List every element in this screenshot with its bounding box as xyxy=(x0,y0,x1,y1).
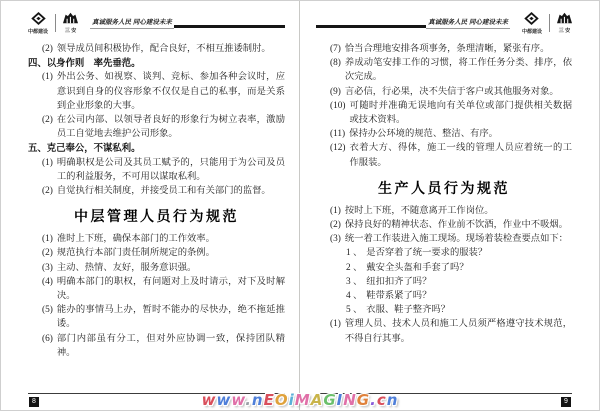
item-text: 明确职权是公司及其员工赋予的，只能用于为公司及员工的利益服务，不可用以谋取私利。 xyxy=(57,156,285,184)
item-text: 规范执行本部门责任制所规定的条例。 xyxy=(57,246,285,260)
item-number: 3 、 xyxy=(346,275,366,289)
item-number: 2 、 xyxy=(346,261,366,275)
list-item: (1)管理人员、技术人员和施工人员须严格遵守技术规范，不得自行其事。 xyxy=(330,317,572,345)
sub-list-item: 3 、纽扣扣齐了吗？ xyxy=(346,275,572,289)
mountain-logo-icon xyxy=(557,12,572,28)
watermark-letter: I xyxy=(337,391,344,409)
item-number: (8) xyxy=(330,56,345,84)
item-text: 管理人员、技术人员和施工人员须严格遵守技术规范，不得自行其事。 xyxy=(345,317,572,345)
list-item: (1)外出公务、如视察、谈判、竞标、参加各种会议时，应意识到自身的仪容形象不仅仅… xyxy=(42,70,285,113)
item-text: 外出公务、如视察、谈判、竞标、参加各种会议时，应意识到自身的仪容形象不仅仅是自己… xyxy=(57,70,285,113)
list-item: (1)按时上下班，不随意离开工作岗位。 xyxy=(330,204,572,218)
sub-list-item: 5 、衣服、鞋子整齐吗？ xyxy=(346,303,572,317)
sub-list-item: 4 、鞋带系紧了吗？ xyxy=(346,289,572,303)
mountain-logo-icon xyxy=(63,12,78,28)
page-body-right: (7)恰当合理地安排各项事务，条理清晰，紧张有序。(8)养成动笔安排工作的习惯，… xyxy=(316,42,572,346)
watermark-letter: n xyxy=(387,391,399,409)
item-text: 纽扣扣齐了吗？ xyxy=(366,275,572,289)
watermark-letter: O xyxy=(275,391,289,409)
item-number: (2) xyxy=(42,113,57,141)
item-number: (1) xyxy=(42,156,57,184)
item-number: (1) xyxy=(330,204,345,218)
item-number: (3) xyxy=(330,232,345,246)
list-item: (6)部门内部虽有分工，但对外应协调一致，保持团队精神。 xyxy=(42,332,285,360)
watermark-letter: w xyxy=(231,391,245,409)
item-number: (1) xyxy=(42,70,57,113)
item-number: (2) xyxy=(42,246,57,260)
list-item: (9)言必信，行必果，决不失信于客户或其他服务对象。 xyxy=(330,85,572,99)
page-header-left: 中都建设 三 安 真诚服务人民 同心建设未来 xyxy=(28,9,285,37)
company-logo-1: 中都建设 xyxy=(28,12,48,35)
item-text: 养成动笔安排工作的习惯，将工作任务分类、排序，依次完成。 xyxy=(345,56,572,84)
header-slogan: 真诚服务人民 同心建设未来 xyxy=(426,17,510,29)
item-text: 自觉执行相关制度，并接受员工和有关部门的监督。 xyxy=(57,184,285,198)
watermark-letter: w xyxy=(216,391,231,409)
diamond-gem-logo-icon xyxy=(524,12,539,29)
list-item: (2)自觉执行相关制度，并接受员工和有关部门的监督。 xyxy=(42,184,285,198)
logo-group: 中都建设 三 安 xyxy=(522,12,572,35)
list-item: (7)恰当合理地安排各项事务，条理清晰，紧张有序。 xyxy=(330,42,572,56)
list-item: (1)明确职权是公司及其员工赋予的，只能用于为公司及员工的利益服务，不可用以谋取… xyxy=(42,156,285,184)
item-text: 部门内部虽有分工，但对外应协调一致，保持团队精神。 xyxy=(57,332,285,360)
page-heading: 中层管理人员行为规范 xyxy=(28,207,285,225)
item-number: (1) xyxy=(330,317,345,345)
section-title: 四、以身作则 率先垂范。 xyxy=(28,56,285,70)
logo1-caption: 中都建设 xyxy=(522,30,542,35)
list-item: (8)养成动笔安排工作的习惯，将工作任务分类、排序，依次完成。 xyxy=(330,56,572,84)
item-text: 主动、热情、友好，服务意识强。 xyxy=(57,261,285,275)
watermark-letter: c xyxy=(377,391,387,409)
list-item: (5)能办的事情马上办，暂时不能办的尽快办，绝不拖延推诿。 xyxy=(42,303,285,331)
list-item: (2)规范执行本部门责任制所规定的条例。 xyxy=(42,246,285,260)
logo2-caption: 三 安 xyxy=(65,29,76,34)
item-text: 在公司内部、以领导者良好的形象行为树立表率，激励员工自觉地去维护公司形象。 xyxy=(57,113,285,141)
item-text: 可随时并准确无误地向有关单位或部门提供相关数据或技术资料。 xyxy=(350,99,573,127)
item-number: (11) xyxy=(330,127,349,141)
item-text: 能办的事情马上办，暂时不能办的尽快办，绝不拖延推诿。 xyxy=(57,303,285,331)
item-text: 言必信，行必果，决不失信于客户或其他服务对象。 xyxy=(345,85,572,99)
list-item: (12)衣着大方、得体，施工一线的管理人员应着统一的工作服装。 xyxy=(330,141,572,169)
company-logo-1: 中都建设 xyxy=(522,12,542,35)
item-number: (4) xyxy=(42,275,57,303)
item-number: 1 、 xyxy=(346,246,366,260)
item-number: 4 、 xyxy=(346,289,366,303)
logo-divider xyxy=(55,14,56,32)
page-heading: 生产人员行为规范 xyxy=(316,179,572,197)
item-text: 衣着大方、得体，施工一线的管理人员应着统一的工作服装。 xyxy=(350,141,573,169)
item-number: (3) xyxy=(42,261,57,275)
page-body-left: (2)领导成员间积极协作，配合良好，不相互推诿制肘。四、以身作则 率先垂范。(1… xyxy=(28,42,285,360)
item-number: (7) xyxy=(330,42,345,56)
list-item: (10)可随时并准确无误地向有关单位或部门提供相关数据或技术资料。 xyxy=(330,99,572,127)
item-number: (2) xyxy=(42,184,57,198)
item-text: 统一着工作装进入施工现场。现场着装检查要点如下： xyxy=(345,232,572,246)
page-left: 中都建设 三 安 真诚服务人民 同心建设未来 (2)领导成员间积极协作，配合良好… xyxy=(1,1,300,410)
watermark-letter: G xyxy=(357,391,370,409)
header-rule-right: 真诚服务人民 同心建设未来 xyxy=(316,17,510,29)
item-text: 领导成员间积极协作，配合良好，不相互推诿制肘。 xyxy=(57,42,285,56)
list-item: (11)保持办公环境的规范、整洁、有序。 xyxy=(330,127,572,141)
item-number: (12) xyxy=(330,141,350,169)
list-item: (1)准时上下班，确保本部门的工作效率。 xyxy=(42,232,285,246)
company-logo-2: 三 安 xyxy=(557,12,572,34)
watermark: www.nEOiMAGING.cn xyxy=(202,391,399,409)
item-number: (1) xyxy=(42,232,57,246)
logo1-caption: 中都建设 xyxy=(28,30,48,35)
item-text: 恰当合理地安排各项事务，条理清晰，紧张有序。 xyxy=(345,42,572,56)
watermark-letter: N xyxy=(343,391,357,409)
item-number: (10) xyxy=(330,99,350,127)
watermark-letter: w xyxy=(202,391,217,409)
header-rule-left: 真诚服务人民 同心建设未来 xyxy=(90,17,285,29)
sub-list-item: 1 、是否穿着了统一要求的服装？ xyxy=(346,246,572,260)
item-number: (6) xyxy=(42,332,57,360)
watermark-letter: n xyxy=(252,391,264,409)
list-item: (2)保持良好的精神状态、作业前不饮酒，作业中不吸烟。 xyxy=(330,218,572,232)
list-item: (4)明确本部门的职权，有问题对上及时请示，对下及时解决。 xyxy=(42,275,285,303)
page-number: 9 xyxy=(561,397,571,407)
logo-group: 中都建设 三 安 xyxy=(28,12,78,35)
item-text: 准时上下班，确保本部门的工作效率。 xyxy=(57,232,285,246)
list-item: (3)统一着工作装进入施工现场。现场着装检查要点如下： xyxy=(330,232,572,246)
item-text: 衣服、鞋子整齐吗？ xyxy=(366,303,572,317)
watermark-letter: E xyxy=(264,391,275,409)
item-number: (9) xyxy=(330,85,345,99)
item-number: (2) xyxy=(330,218,345,232)
sub-list-item: 2 、戴安全头盔和手套了吗？ xyxy=(346,261,572,275)
item-text: 明确本部门的职权，有问题对上及时请示，对下及时解决。 xyxy=(57,275,285,303)
watermark-letter: G xyxy=(323,391,336,409)
item-text: 鞋带系紧了吗？ xyxy=(366,289,572,303)
page-right: 真诚服务人民 同心建设未来 中都建设 三 安 (7)恰当合理地安排 xyxy=(300,1,599,410)
logo-divider xyxy=(549,14,550,32)
item-text: 保持良好的精神状态、作业前不饮酒，作业中不吸烟。 xyxy=(345,218,572,232)
item-text: 保持办公环境的规范、整洁、有序。 xyxy=(349,127,572,141)
booklet-spread: 中都建设 三 安 真诚服务人民 同心建设未来 (2)领导成员间积极协作，配合良好… xyxy=(0,0,600,411)
page-number: 8 xyxy=(29,397,39,407)
header-bar xyxy=(174,25,285,28)
item-text: 是否穿着了统一要求的服装？ xyxy=(366,246,572,260)
item-number: 5 、 xyxy=(346,303,366,317)
page-header-right: 真诚服务人民 同心建设未来 中都建设 三 安 xyxy=(316,9,572,37)
list-item: (2)领导成员间积极协作，配合良好，不相互推诿制肘。 xyxy=(42,42,285,56)
item-number: (2) xyxy=(42,42,57,56)
watermark-letter: A xyxy=(311,391,324,409)
item-text: 戴安全头盔和手套了吗？ xyxy=(366,261,572,275)
logo2-caption: 三 安 xyxy=(559,29,570,34)
diamond-gem-logo-icon xyxy=(31,12,46,29)
item-text: 按时上下班，不随意离开工作岗位。 xyxy=(345,204,572,218)
list-item: (3)主动、热情、友好，服务意识强。 xyxy=(42,261,285,275)
company-logo-2: 三 安 xyxy=(63,12,78,34)
header-slogan: 真诚服务人民 同心建设未来 xyxy=(90,17,174,29)
section-title: 五、克己奉公，不谋私利。 xyxy=(28,141,285,155)
watermark-letter: M xyxy=(295,391,311,409)
item-number: (5) xyxy=(42,303,57,331)
header-bar xyxy=(316,25,426,28)
list-item: (2)在公司内部、以领导者良好的形象行为树立表率，激励员工自觉地去维护公司形象。 xyxy=(42,113,285,141)
